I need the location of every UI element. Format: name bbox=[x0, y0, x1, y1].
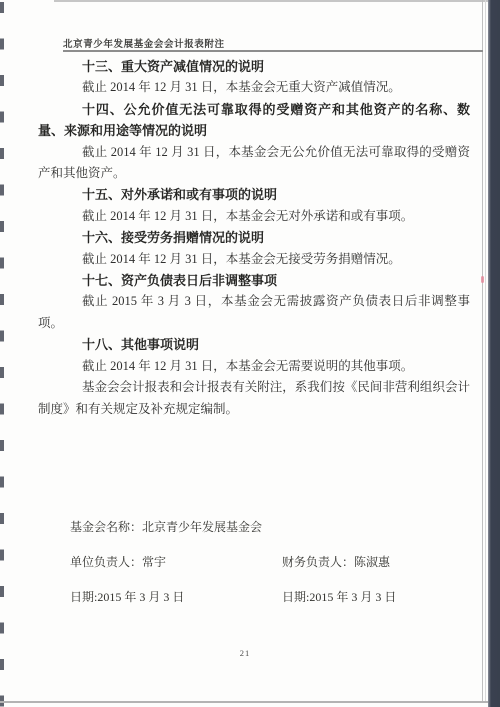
closing-paragraph: 基金会会计报表和会计报表有关附注，系我们按《民间非营利组织会计制度》和有关规定及… bbox=[38, 377, 470, 420]
section-body: 截止 2015 年 3 月 3 日，本基金会无需披露资产负债表日后非调整事项。 bbox=[38, 291, 470, 334]
section-13: 十三、重大资产减值情况的说明 截止 2014 年 12 月 31 日，本基金会无… bbox=[38, 56, 470, 99]
date-left-text: 日期:2015 年 3 月 3 日 bbox=[70, 590, 184, 604]
document-body: 十三、重大资产减值情况的说明 截止 2014 年 12 月 31 日，本基金会无… bbox=[38, 56, 470, 420]
section-heading: 十三、重大资产减值情况的说明 bbox=[38, 56, 470, 77]
section-18: 十八、其他事项说明 截止 2014 年 12 月 31 日，本基金会无需要说明的… bbox=[38, 334, 470, 377]
section-body: 截止 2014 年 12 月 31 日，本基金会无公允价值无法可靠取得的受赠资产… bbox=[38, 142, 470, 185]
page-edge-line bbox=[485, 0, 486, 703]
document-header-title: 北京青少年发展基金会会计报表附注 bbox=[63, 36, 225, 50]
page-edge-top bbox=[54, 0, 488, 2]
section-body: 截止 2014 年 12 月 31 日，本基金会无重大资产减值情况。 bbox=[38, 77, 470, 98]
section-14: 十四、公允价值无法可靠取得的受赠资产和其他资产的名称、数量、来源和用途等情况的说… bbox=[38, 99, 470, 185]
page-edge-bottom bbox=[0, 701, 488, 703]
section-heading: 十六、接受劳务捐赠情况的说明 bbox=[38, 227, 470, 248]
page-edge-right-band bbox=[488, 0, 500, 707]
section-heading: 十四、公允价值无法可靠取得的受赠资产和其他资产的名称、数量、来源和用途等情况的说… bbox=[38, 99, 470, 142]
scanned-document-page: 北京青少年发展基金会会计报表附注 十三、重大资产减值情况的说明 截止 2014 … bbox=[0, 0, 500, 707]
date-right-text: 日期:2015 年 3 月 3 日 bbox=[282, 588, 396, 605]
section-heading: 十五、对外承诺和或有事项的说明 bbox=[38, 184, 470, 205]
section-16: 十六、接受劳务捐赠情况的说明 截止 2014 年 12 月 31 日，本基金会无… bbox=[38, 227, 470, 270]
foundation-name-text: 基金会名称：北京青少年发展基金会 bbox=[70, 520, 262, 534]
footer-date-row: 日期:2015 年 3 月 3 日 日期:2015 年 3 月 3 日 bbox=[70, 588, 470, 605]
section-17: 十七、资产负债表日后非调整事项 截止 2015 年 3 月 3 日，本基金会无需… bbox=[38, 270, 470, 334]
footer-responsible-row: 单位负责人：常宇 财务负责人：陈淑惠 bbox=[70, 553, 470, 570]
unit-head-text: 单位负责人：常宇 bbox=[70, 555, 166, 569]
binding-marks bbox=[0, 2, 4, 707]
section-15: 十五、对外承诺和或有事项的说明 截止 2014 年 12 月 31 日，本基金会… bbox=[38, 184, 470, 227]
finance-head-text: 财务负责人：陈淑惠 bbox=[282, 553, 390, 570]
pink-ink-mark bbox=[481, 276, 484, 283]
page-number: 21 bbox=[0, 648, 490, 658]
section-heading: 十七、资产负债表日后非调整事项 bbox=[38, 270, 470, 291]
section-body: 截止 2014 年 12 月 31 日，本基金会无需要说明的其他事项。 bbox=[38, 356, 470, 377]
section-body: 截止 2014 年 12 月 31 日，本基金会无对外承诺和或有事项。 bbox=[38, 206, 470, 227]
section-body: 截止 2014 年 12 月 31 日，本基金会无接受劳务捐赠情况。 bbox=[38, 249, 470, 270]
section-heading: 十八、其他事项说明 bbox=[38, 334, 470, 355]
page-edge-line bbox=[482, 0, 483, 703]
header-rule bbox=[63, 50, 483, 52]
footer-foundation-name: 基金会名称：北京青少年发展基金会 bbox=[70, 518, 470, 535]
